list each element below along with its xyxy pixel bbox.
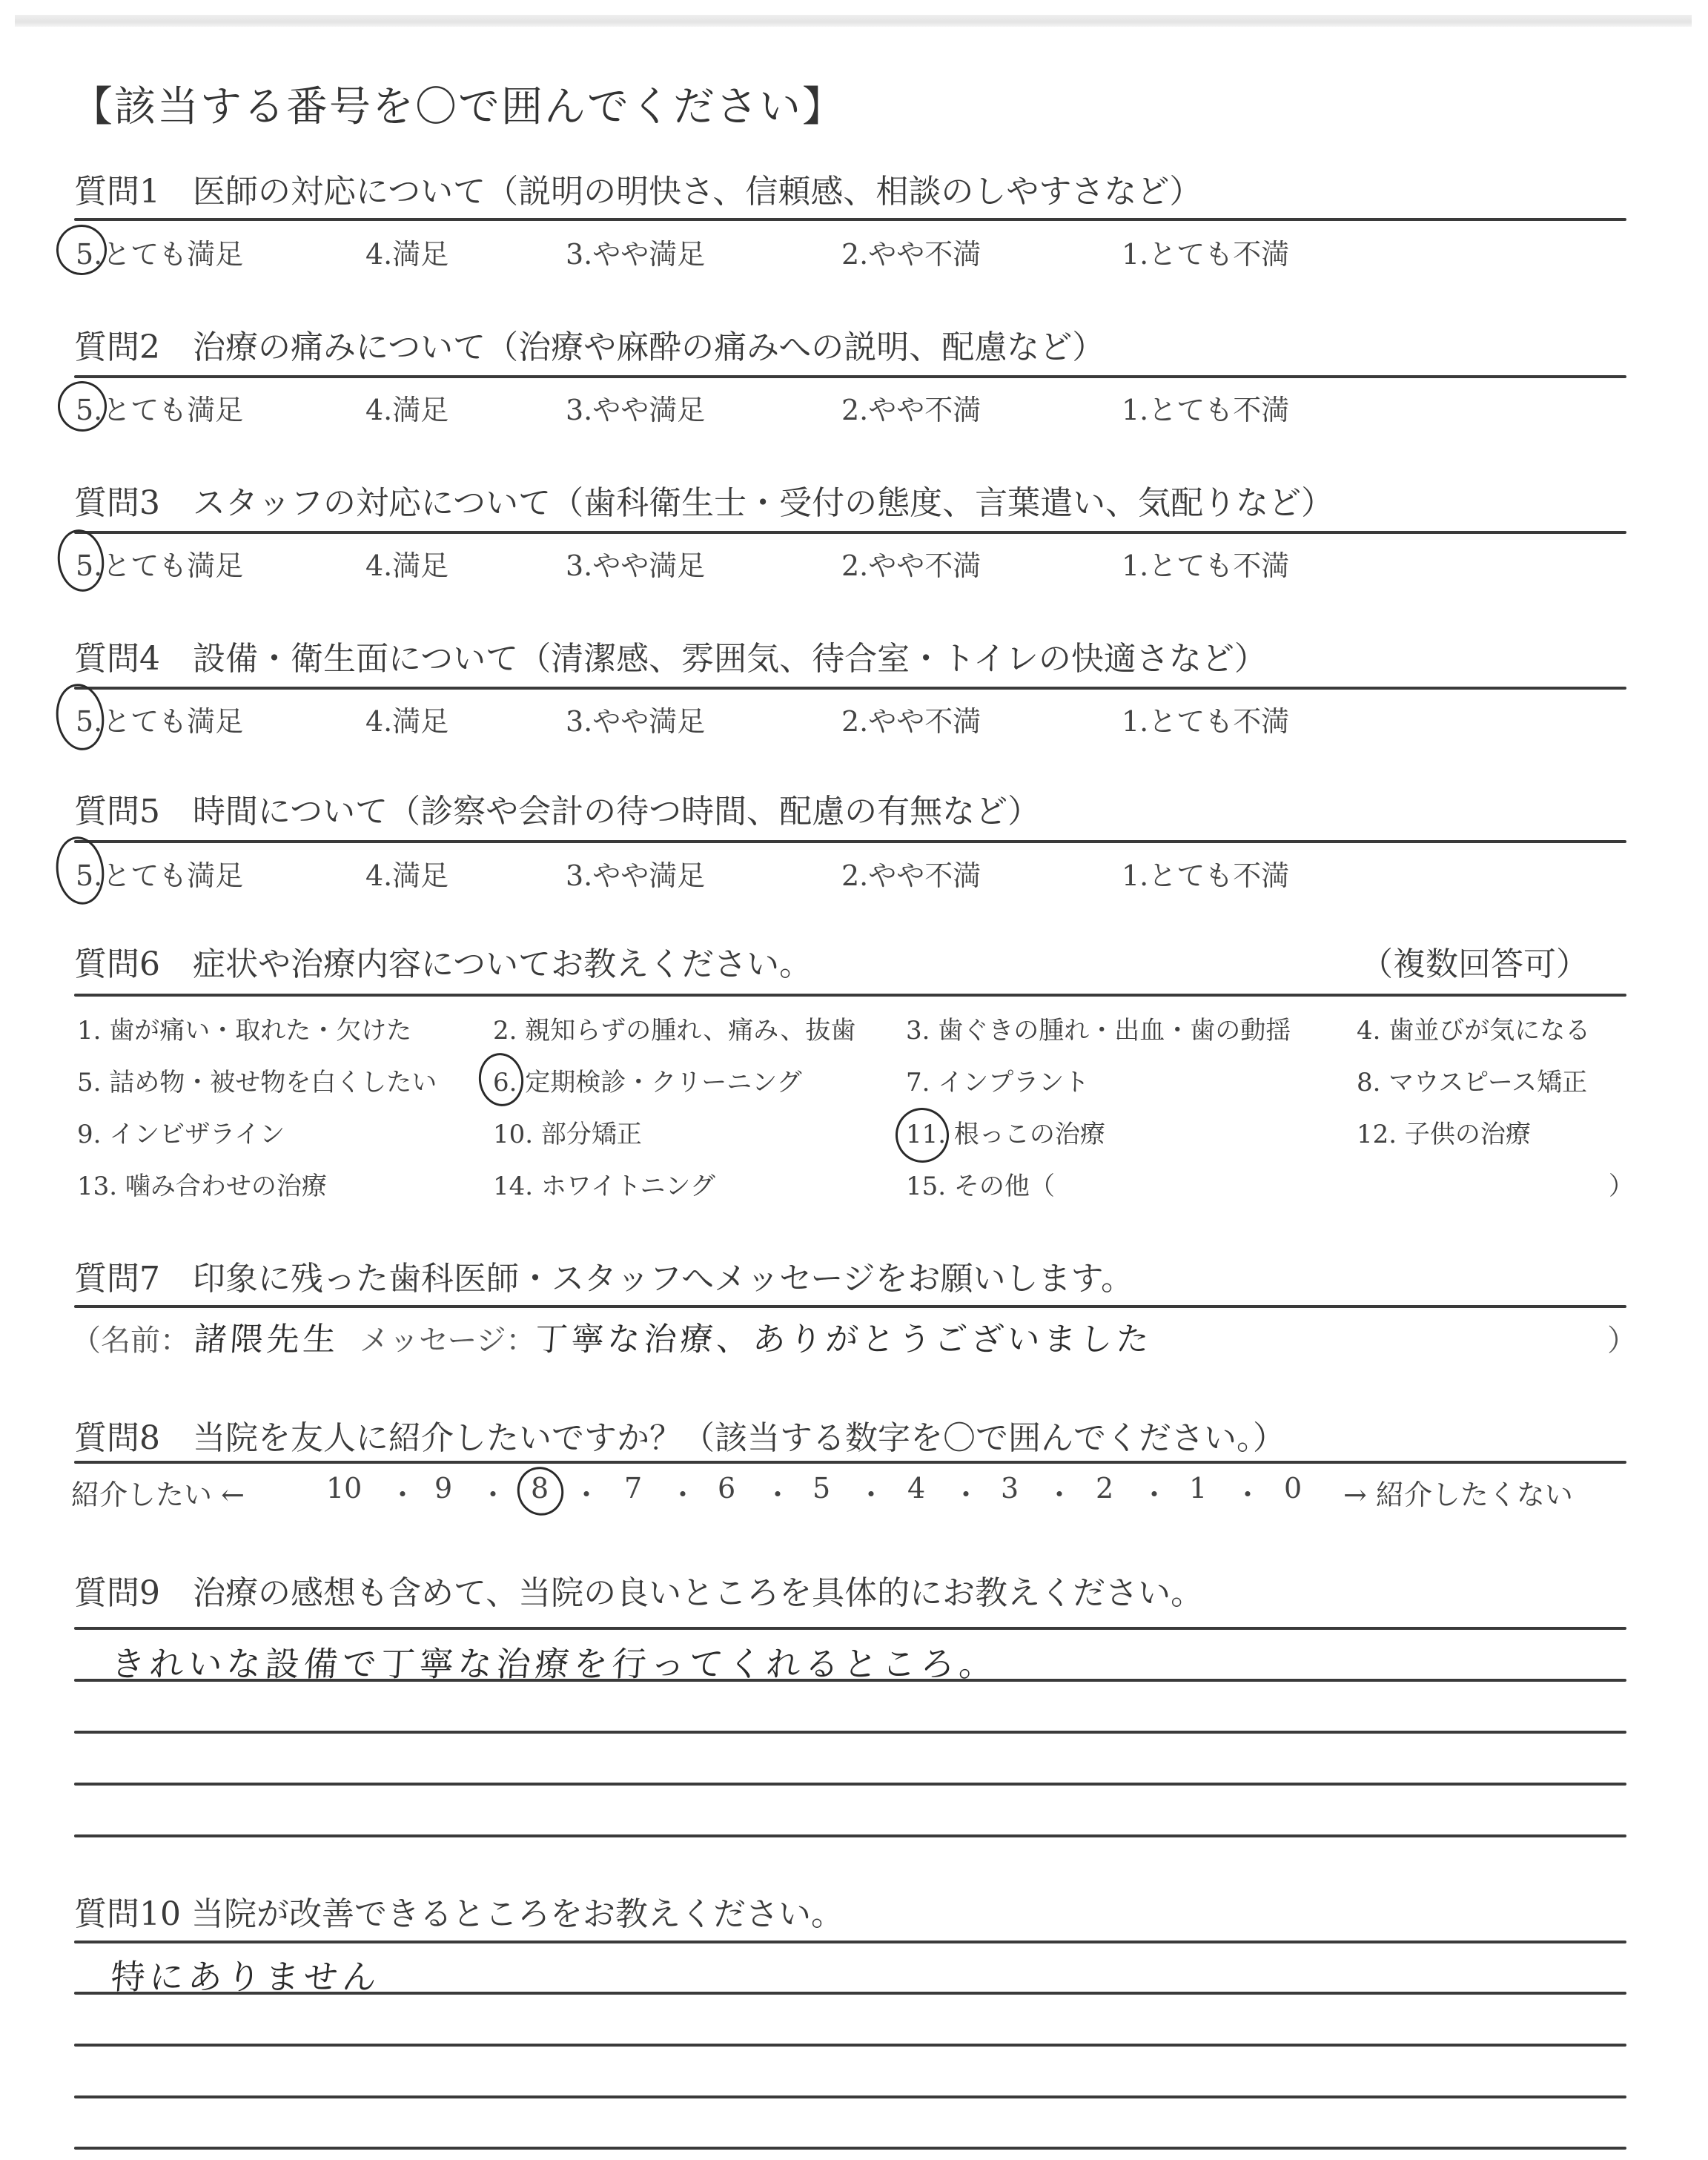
recommend-right-label: → 紹介したくない (1343, 1472, 1573, 1513)
scale-sep: ・ (572, 1472, 600, 1513)
q6-option-10[interactable]: 10. 部分矯正 (493, 1114, 642, 1150)
q4-option-2[interactable]: 2.やや不満 (841, 698, 981, 739)
selection-circle (52, 681, 108, 753)
scale-4[interactable]: 4 (907, 1472, 925, 1505)
recommend-left-label: 紹介したい ← (71, 1472, 245, 1513)
q3-option-1[interactable]: 1.とても不満 (1122, 543, 1289, 584)
q2-option-4[interactable]: 4.満足 (365, 387, 448, 428)
q10-rule-4 (74, 2095, 1626, 2098)
scale-1[interactable]: 1 (1189, 1472, 1207, 1505)
scale-5[interactable]: 5 (812, 1472, 830, 1505)
q9-heading: 質問9 治療の感想も含めて、当院の良いところを具体的にお教えください。 (74, 1566, 1203, 1614)
q3-option-4[interactable]: 4.満足 (365, 543, 448, 584)
scale-2[interactable]: 2 (1096, 1472, 1113, 1505)
q6-option-13[interactable]: 13. 噛み合わせの治療 (77, 1166, 327, 1202)
q6-option-14[interactable]: 14. ホワイトニング (493, 1166, 715, 1202)
q6-option-12[interactable]: 12. 子供の治療 (1357, 1114, 1531, 1150)
q7-heading: 質問7 印象に残った歯科医師・スタッフへメッセージをお願いします。 (74, 1252, 1133, 1299)
q6-option-6[interactable]: 6. 定期検診・クリーニング (493, 1062, 802, 1098)
scale-sep: ・ (764, 1472, 792, 1513)
selection-circle (52, 833, 108, 908)
q2-option-2[interactable]: 2.やや不満 (841, 387, 981, 428)
scan-edge (15, 15, 1692, 27)
scale-sep: ・ (669, 1472, 697, 1513)
q1-option-4[interactable]: 4.満足 (365, 231, 448, 272)
q7-rule (74, 1305, 1626, 1308)
scale-9[interactable]: 9 (434, 1472, 452, 1505)
q5-option-2[interactable]: 2.やや不満 (841, 853, 981, 894)
q3-option-3[interactable]: 3.やや満足 (566, 543, 705, 584)
q9-rule-3 (74, 1731, 1626, 1734)
q5-heading: 質問5 時間について（診察や会計の待つ時間、配慮の有無など） (74, 785, 1040, 832)
q6-option-1[interactable]: 1. 歯が痛い・取れた・欠けた (77, 1010, 411, 1046)
message-label: メッセージ： (360, 1317, 536, 1359)
q9-rule-4 (74, 1783, 1626, 1786)
q6-option-9[interactable]: 9. インビザライン (77, 1114, 285, 1150)
q9-rule-1 (74, 1627, 1626, 1630)
page-title: 【該当する番号を〇で囲んでください】 (71, 74, 845, 133)
q3-heading: 質問3 スタッフの対応について（歯科衛生士・受付の態度、言葉遣い、気配りなど） (74, 476, 1334, 524)
q6-option-3[interactable]: 3. 歯ぐきの腫れ・出血・歯の動揺 (906, 1010, 1291, 1046)
q1-option-2[interactable]: 2.やや不満 (841, 231, 981, 272)
q2-option-1[interactable]: 1.とても不満 (1122, 387, 1289, 428)
scale-7[interactable]: 7 (624, 1472, 642, 1505)
message-value[interactable]: 丁寧な治療、ありがとうございました (534, 1312, 1154, 1360)
q6-option-8[interactable]: 8. マウスピース矯正 (1357, 1062, 1587, 1098)
q9-rule-2 (74, 1679, 1626, 1682)
q5-option-3[interactable]: 3.やや満足 (566, 853, 705, 894)
q4-option-1[interactable]: 1.とても不満 (1122, 698, 1289, 739)
q4-rule (74, 687, 1626, 690)
name-value[interactable]: 諸隈先生 (193, 1312, 341, 1360)
q6-option-7[interactable]: 7. インプラント (906, 1062, 1089, 1098)
q10-rule-2 (74, 1992, 1626, 1995)
q10-heading: 質問10 当院が改善できるところをお教えください。 (74, 1887, 844, 1935)
q2-option-3[interactable]: 3.やや満足 (566, 387, 705, 428)
q4-option-4[interactable]: 4.満足 (365, 698, 448, 739)
q9-rule-5 (74, 1834, 1626, 1837)
q5-option-4[interactable]: 4.満足 (365, 853, 448, 894)
name-label: （名前： (71, 1317, 190, 1359)
selection-circle (511, 1460, 571, 1522)
selection-circle (475, 1050, 526, 1109)
scale-3[interactable]: 3 (1001, 1472, 1019, 1505)
scale-10[interactable]: 10 (326, 1472, 362, 1505)
q6-option-2[interactable]: 2. 親知らずの腫れ、痛み、抜歯 (493, 1010, 855, 1046)
q3-option-2[interactable]: 2.やや不満 (841, 543, 981, 584)
scale-sep: ・ (1045, 1472, 1073, 1513)
q2-rule (74, 375, 1626, 378)
scale-sep: ・ (479, 1472, 507, 1513)
scale-sep: ・ (1140, 1472, 1168, 1513)
q1-option-1[interactable]: 1.とても不満 (1122, 231, 1289, 272)
selection-circle (53, 526, 107, 595)
q6-rule (74, 994, 1626, 997)
q6-option-4[interactable]: 4. 歯並びが気になる (1357, 1010, 1590, 1046)
q5-rule (74, 840, 1626, 843)
q6-multiple-note: （複数回答可） (1360, 937, 1589, 985)
q8-rule (74, 1461, 1626, 1464)
q10-rule-5 (74, 2147, 1626, 2150)
close-paren: ） (1607, 1317, 1637, 1359)
scale-sep: ・ (1234, 1472, 1262, 1513)
q3-rule (74, 531, 1626, 534)
q2-heading: 質問2 治療の痛みについて（治療や麻酔の痛みへの説明、配慮など） (74, 320, 1105, 368)
scale-6[interactable]: 6 (718, 1472, 735, 1505)
q10-rule-3 (74, 2044, 1626, 2047)
q1-rule (74, 218, 1626, 221)
q8-heading: 質問8 当院を友人に紹介したいですか？（該当する数字を〇で囲んでください。） (74, 1411, 1285, 1459)
q1-heading: 質問1 医師の対応について（説明の明快さ、信頼感、相談のしやすさなど） (74, 165, 1202, 212)
q10-rule-1 (74, 1941, 1626, 1943)
q4-option-3[interactable]: 3.やや満足 (566, 698, 705, 739)
scale-sep: ・ (952, 1472, 980, 1513)
q6-option-5[interactable]: 5. 詰め物・被せ物を白くしたい (77, 1062, 437, 1098)
q4-heading: 質問4 設備・衛生面について（清潔感、雰囲気、待合室・トイレの快適さなど） (74, 632, 1267, 679)
q1-option-3[interactable]: 3.やや満足 (566, 231, 705, 272)
scale-sep: ・ (388, 1472, 417, 1513)
q5-option-1[interactable]: 1.とても不満 (1122, 853, 1289, 894)
q6-heading: 質問6 症状や治療内容についてお教えください。 (74, 937, 812, 985)
scale-0[interactable]: 0 (1284, 1472, 1302, 1505)
scale-sep: ・ (857, 1472, 885, 1513)
q6-other-input[interactable] (986, 1195, 1623, 1197)
